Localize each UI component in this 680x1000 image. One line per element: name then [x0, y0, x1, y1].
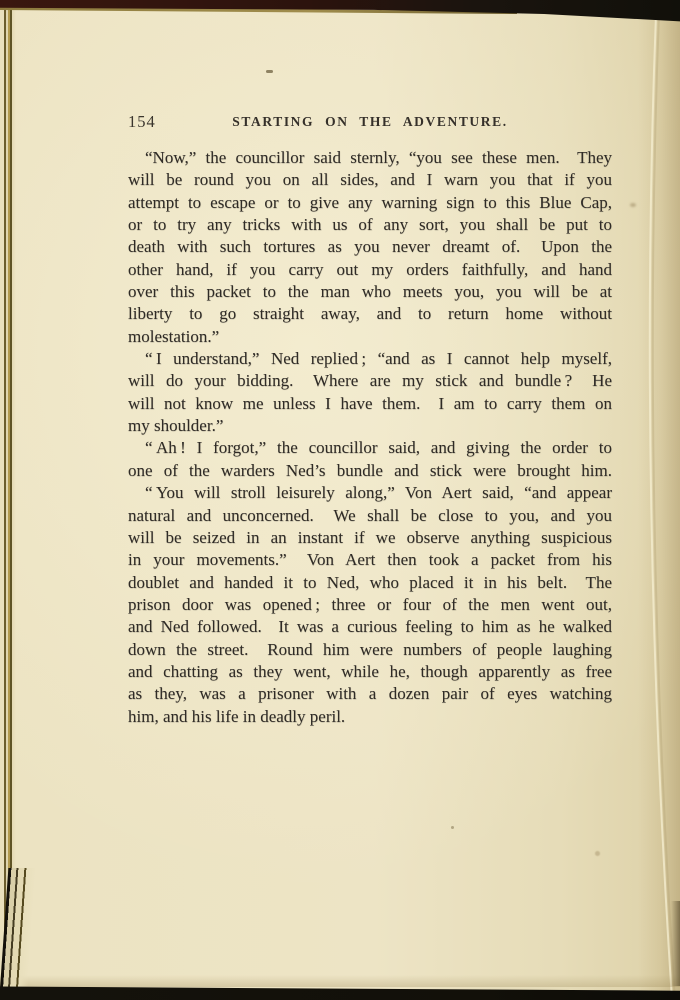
- text-block: “Now,” the councillor said sternly, “you…: [128, 147, 612, 728]
- scanned-book-page: 154 STARTING ON THE ADVENTURE. “Now,” th…: [0, 0, 680, 1000]
- text-line: one of the warders Ned’s bundle and stic…: [128, 460, 612, 482]
- scan-speck: [595, 851, 600, 856]
- text-line: will be seized in an instant if we obser…: [128, 527, 612, 549]
- text-line: “Now,” the councillor said sternly, “you…: [128, 147, 612, 169]
- text-line: will not know me unless I have them. I a…: [128, 393, 612, 415]
- paragraph: “ I understand,” Ned replied ; “and as I…: [128, 348, 612, 437]
- paragraph: “Now,” the councillor said sternly, “you…: [128, 147, 612, 348]
- text-line: or to try any tricks with us of any sort…: [128, 214, 612, 236]
- text-line: death with such tortures as you never dr…: [128, 236, 612, 258]
- text-line: will do your bidding. Where are my stick…: [128, 370, 612, 392]
- text-line: molestation.”: [128, 326, 612, 348]
- text-line: my shoulder.”: [128, 415, 612, 437]
- text-line: doublet and handed it to Ned, who placed…: [128, 572, 612, 594]
- text-line: other hand, if you carry out my orders f…: [128, 259, 612, 281]
- text-line: down the street. Round him were numbers …: [128, 639, 612, 661]
- page-header: 154 STARTING ON THE ADVENTURE.: [128, 112, 612, 134]
- text-line: liberty to go straight away, and to retu…: [128, 303, 612, 325]
- text-line: “ I understand,” Ned replied ; “and as I…: [128, 348, 612, 370]
- bottom-right-edge-shadow: [671, 901, 680, 986]
- right-page-curl-shadow: [638, 0, 680, 1000]
- text-line: and Ned followed. It was a curious feeli…: [128, 616, 612, 638]
- paragraph: “ Ah ! I forgot,” the councillor said, a…: [128, 437, 612, 482]
- text-line: natural and unconcerned. We shall be clo…: [128, 505, 612, 527]
- bottom-page-edge-shadow: [0, 975, 680, 987]
- scan-speck: [630, 203, 636, 207]
- text-line: as they, was a prisoner with a dozen pai…: [128, 683, 612, 705]
- text-line: him, and his life in deadly peril.: [128, 706, 612, 728]
- scan-speck: [266, 70, 273, 73]
- left-page-edge-stripes: [0, 0, 16, 1000]
- scan-speck: [451, 826, 454, 829]
- top-cover-edge-band: [0, 0, 680, 26]
- text-line: “ Ah ! I forgot,” the councillor said, a…: [128, 437, 612, 459]
- bottom-cover-edge-band: [0, 985, 680, 1000]
- text-line: over this packet to the man who meets yo…: [128, 281, 612, 303]
- paragraph: “ You will stroll leisurely along,” Von …: [128, 482, 612, 728]
- text-line: “ You will stroll leisurely along,” Von …: [128, 482, 612, 504]
- text-line: will be round you on all sides, and I wa…: [128, 169, 612, 191]
- text-line: prison door was opened ; three or four o…: [128, 594, 612, 616]
- running-header: STARTING ON THE ADVENTURE.: [128, 114, 612, 130]
- text-line: attempt to escape or to give any warning…: [128, 192, 612, 214]
- text-line: and chatting as they went, while he, tho…: [128, 661, 612, 683]
- text-line: in your movements.” Von Aert then took a…: [128, 549, 612, 571]
